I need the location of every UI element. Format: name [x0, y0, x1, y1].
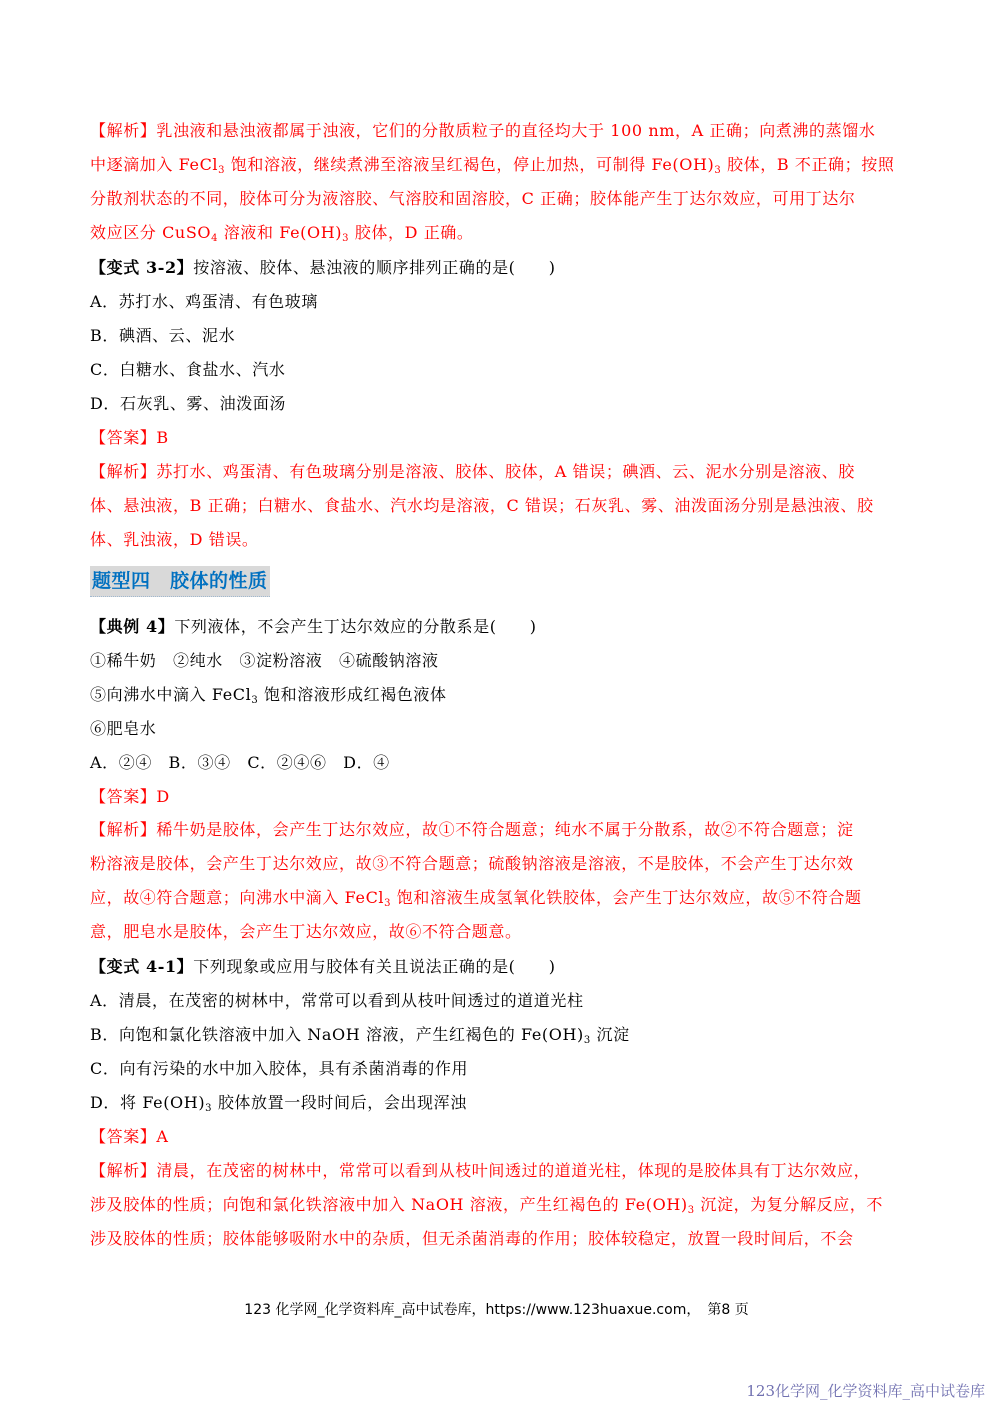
watermark: 123化学网_化学资料库_高中试卷库: [746, 1380, 985, 1401]
analysis-line: 体、乳浊液，D 错误。: [90, 530, 905, 550]
analysis-line: 分散剂状态的不同，胶体可分为液溶胶、气溶胶和固溶胶，C 正确；胶体能产生丁达尔效…: [90, 189, 905, 209]
analysis-line: 涉及胶体的性质；胶体能够吸附水中的杂质，但无杀菌消毒的作用；胶体较稳定，放置一段…: [90, 1229, 905, 1249]
option-d: D．将 Fe(OH)3 胶体放置一段时间后，会出现浑浊: [90, 1093, 905, 1113]
question-tag: 【变式 4-1】: [90, 957, 193, 976]
answer-value: A: [156, 1127, 168, 1146]
analysis-tag: 【解析】: [90, 121, 156, 140]
analysis-line: 【解析】乳浊液和悬浊液都属于浊液，它们的分散质粒子的直径均大于 100 nm，A…: [90, 121, 905, 141]
answer-value: B: [156, 428, 168, 447]
option-text: 清晨，在茂密的树林中，常常可以看到从枝叶间透过的道道光柱: [119, 991, 584, 1010]
option-c: C．白糖水、食盐水、汽水: [90, 360, 905, 380]
analysis-text: 意，肥皂水是胶体，会产生丁达尔效应，故⑥不符合题意。: [90, 922, 522, 941]
answer-line: 【答案】D: [90, 787, 905, 807]
analysis-text: 苏打水、鸡蛋清、有色玻璃分别是溶液、胶体、胶体，A 错误；碘酒、云、泥水分别是溶…: [156, 462, 854, 481]
option-text: 向饱和氯化铁溶液中加入 NaOH 溶液，产生红褐色的 Fe(OH): [119, 1025, 584, 1044]
analysis-text: 体、悬浊液，B 正确；白糖水、食盐水、汽水均是溶液，C 错误；石灰乳、雾、油泼面…: [90, 496, 874, 515]
page-footer: 123 化学网_化学资料库_高中试卷库，https://www.123huaxu…: [0, 1299, 993, 1319]
option-text: 将 Fe(OH): [120, 1093, 205, 1112]
analysis-tag: 【解析】: [90, 462, 156, 481]
option-text: 碘酒、云、泥水: [119, 326, 235, 345]
answer-tag: 【答案】: [90, 787, 156, 806]
analysis-text: 稀牛奶是胶体，会产生丁达尔效应，故①不符合题意；纯水不属于分散系，故②不符合题意…: [156, 820, 853, 839]
items-line: ⑤向沸水中滴入 FeCl3 饱和溶液形成红褐色液体: [90, 685, 905, 705]
option-d: D．石灰乳、雾、油泼面汤: [90, 394, 905, 414]
analysis-text: 涉及胶体的性质；向饱和氯化铁溶液中加入 NaOH 溶液，产生红褐色的 Fe(OH…: [90, 1195, 688, 1214]
options-line: A．②④ B．③④ C．②④⑥ D．④: [90, 753, 905, 773]
question-variant-4-1: 【变式 4-1】下列现象或应用与胶体有关且说法正确的是( ): [90, 957, 905, 977]
analysis-text: 饱和溶液生成氢氧化铁胶体，会产生丁达尔效应，故⑤不符合题: [391, 888, 862, 907]
answer-tag: 【答案】: [90, 1127, 156, 1146]
analysis-text: 乳浊液和悬浊液都属于浊液，它们的分散质粒子的直径均大于 100 nm，A 正确；…: [156, 121, 875, 140]
option-label: D．: [90, 394, 120, 413]
answer-tag: 【答案】: [90, 428, 156, 447]
option-label: A．: [90, 991, 119, 1010]
analysis-text: 效应区分 CuSO: [90, 223, 211, 242]
analysis-text: 胶体，B 不正确；按照: [721, 155, 894, 174]
analysis-tag: 【解析】: [90, 820, 156, 839]
subscript: 3: [584, 1035, 591, 1046]
analysis-line: 【解析】稀牛奶是胶体，会产生丁达尔效应，故①不符合题意；纯水不属于分散系，故②不…: [90, 820, 905, 840]
analysis-text: 溶液和 Fe(OH): [218, 223, 342, 242]
option-c: C．向有污染的水中加入胶体，具有杀菌消毒的作用: [90, 1059, 905, 1079]
items-text: ⑥肥皂水: [90, 719, 156, 738]
subscript: 3: [688, 1205, 695, 1216]
items-line: ⑥肥皂水: [90, 719, 905, 739]
answer-line: 【答案】A: [90, 1127, 905, 1147]
analysis-text: 沉淀，为复分解反应，不: [695, 1195, 883, 1214]
analysis-line: 应，故④符合题意；向沸水中滴入 FeCl3 饱和溶液生成氢氧化铁胶体，会产生丁达…: [90, 888, 905, 908]
question-variant-3-2: 【变式 3-2】按溶液、胶体、悬浊液的顺序排列正确的是( ): [90, 258, 905, 278]
answer-value: D: [156, 787, 169, 806]
question-text: 下列液体，不会产生丁达尔效应的分散系是( ): [174, 617, 536, 636]
option-text: 苏打水、鸡蛋清、有色玻璃: [119, 292, 318, 311]
analysis-tag: 【解析】: [90, 1161, 156, 1180]
analysis-text: 清晨，在茂密的树林中，常常可以看到从枝叶间透过的道道光柱，体现的是胶体具有丁达尔…: [156, 1161, 870, 1180]
items-text: ⑤向沸水中滴入 FeCl: [90, 685, 251, 704]
option-a: A．苏打水、鸡蛋清、有色玻璃: [90, 292, 905, 312]
section-heading: 题型四 胶体的性质: [90, 566, 270, 597]
option-label: B．: [90, 326, 119, 345]
analysis-text: 涉及胶体的性质；胶体能够吸附水中的杂质，但无杀菌消毒的作用；胶体较稳定，放置一段…: [90, 1229, 854, 1248]
analysis-line: 意，肥皂水是胶体，会产生丁达尔效应，故⑥不符合题意。: [90, 922, 905, 942]
analysis-text: 应，故④符合题意；向沸水中滴入 FeCl: [90, 888, 384, 907]
analysis-text: 中逐滴加入 FeCl: [90, 155, 218, 174]
option-text: 沉淀: [591, 1025, 630, 1044]
option-label: B．: [90, 1025, 119, 1044]
document-page: 【解析】乳浊液和悬浊液都属于浊液，它们的分散质粒子的直径均大于 100 nm，A…: [0, 0, 993, 1404]
option-text: 石灰乳、雾、油泼面汤: [120, 394, 286, 413]
analysis-line: 中逐滴加入 FeCl3 饱和溶液，继续煮沸至溶液呈红褐色，停止加热，可制得 Fe…: [90, 155, 905, 175]
analysis-line: 【解析】苏打水、鸡蛋清、有色玻璃分别是溶液、胶体、胶体，A 错误；碘酒、云、泥水…: [90, 462, 905, 482]
items-text: 饱和溶液形成红褐色液体: [258, 685, 446, 704]
question-text: 按溶液、胶体、悬浊液的顺序排列正确的是( ): [193, 258, 555, 277]
analysis-text: 体、乳浊液，D 错误。: [90, 530, 259, 549]
items-text: ①稀牛奶 ②纯水 ③淀粉溶液 ④硫酸钠溶液: [90, 651, 439, 670]
option-label: A．: [90, 292, 119, 311]
analysis-line: 体、悬浊液，B 正确；白糖水、食盐水、汽水均是溶液，C 错误；石灰乳、雾、油泼面…: [90, 496, 905, 516]
analysis-line: 粉溶液是胶体，会产生丁达尔效应，故③不符合题意；硫酸钠溶液是溶液，不是胶体，不会…: [90, 854, 905, 874]
analysis-text: 饱和溶液，继续煮沸至溶液呈红褐色，停止加热，可制得 Fe(OH): [225, 155, 714, 174]
options-text: A．②④ B．③④ C．②④⑥ D．④: [90, 753, 390, 772]
items-line: ①稀牛奶 ②纯水 ③淀粉溶液 ④硫酸钠溶液: [90, 651, 905, 671]
option-label: D．: [90, 1093, 120, 1112]
option-label: C．: [90, 360, 119, 379]
answer-line: 【答案】B: [90, 428, 905, 448]
question-example-4: 【典例 4】下列液体，不会产生丁达尔效应的分散系是( ): [90, 617, 905, 637]
option-text: 白糖水、食盐水、汽水: [119, 360, 285, 379]
question-tag: 【典例 4】: [90, 617, 174, 636]
option-label: C．: [90, 1059, 119, 1078]
question-text: 下列现象或应用与胶体有关且说法正确的是( ): [193, 957, 555, 976]
option-text: 胶体放置一段时间后，会出现浑浊: [212, 1093, 467, 1112]
option-b: B．碘酒、云、泥水: [90, 326, 905, 346]
question-tag: 【变式 3-2】: [90, 258, 193, 277]
analysis-text: 胶体，D 正确。: [349, 223, 473, 242]
analysis-line: 效应区分 CuSO4 溶液和 Fe(OH)3 胶体，D 正确。: [90, 223, 905, 243]
analysis-line: 涉及胶体的性质；向饱和氯化铁溶液中加入 NaOH 溶液，产生红褐色的 Fe(OH…: [90, 1195, 905, 1215]
option-a: A．清晨，在茂密的树林中，常常可以看到从枝叶间透过的道道光柱: [90, 991, 905, 1011]
analysis-text: 分散剂状态的不同，胶体可分为液溶胶、气溶胶和固溶胶，C 正确；胶体能产生丁达尔效…: [90, 189, 856, 208]
analysis-line: 【解析】清晨，在茂密的树林中，常常可以看到从枝叶间透过的道道光柱，体现的是胶体具…: [90, 1161, 905, 1181]
analysis-text: 粉溶液是胶体，会产生丁达尔效应，故③不符合题意；硫酸钠溶液是溶液，不是胶体，不会…: [90, 854, 854, 873]
option-text: 向有污染的水中加入胶体，具有杀菌消毒的作用: [119, 1059, 468, 1078]
option-b: B．向饱和氯化铁溶液中加入 NaOH 溶液，产生红褐色的 Fe(OH)3 沉淀: [90, 1025, 905, 1045]
